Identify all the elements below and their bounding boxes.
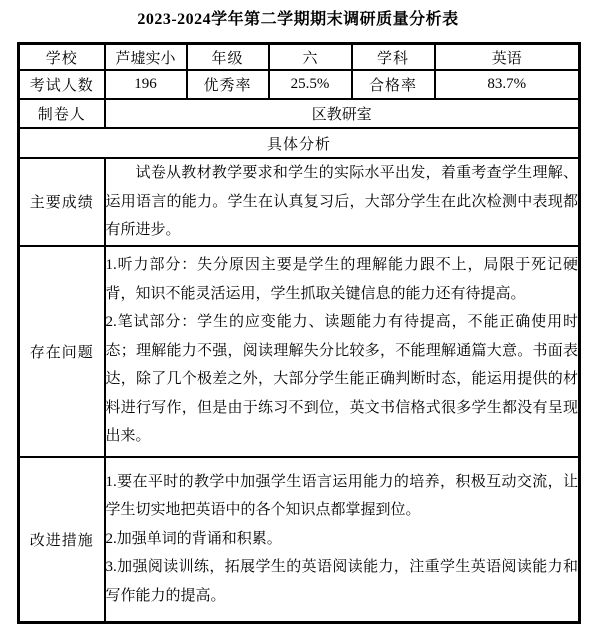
table-row: 制卷人 区教研室: [19, 99, 580, 128]
document-page: 2023-2024学年第二学期期末调研质量分析表 学校 芦墟实小 年级 六 学科…: [0, 0, 596, 627]
measures-paragraph-1: 1.要在平时的教学中加强学生语言运用能力的培养，积极互动交流，让学生切实地把英语…: [106, 468, 579, 525]
school-value: 芦墟实小: [105, 44, 187, 71]
examinees-value: 196: [105, 70, 187, 99]
subject-label: 学科: [352, 44, 435, 71]
page-title: 2023-2024学年第二学期期末调研质量分析表: [0, 0, 596, 29]
measures-label: 改进措施: [19, 457, 105, 623]
analysis-table: 学校 芦墟实小 年级 六 学科 英语 考试人数 196 优秀率 25.5% 合格…: [17, 42, 581, 624]
table-row: 具体分析: [19, 128, 580, 158]
achievements-paragraph: 试卷从教材教学要求和学生的实际水平出发，着重考查学生理解、运用语言的能力。学生在…: [106, 159, 579, 245]
problems-paragraph-1: 1.听力部分：失分原因主要是学生的理解能力跟不上，局限于死记硬背，知识不能灵活运…: [106, 251, 579, 308]
pass-rate-value: 83.7%: [435, 70, 580, 99]
grade-label: 年级: [187, 44, 269, 71]
table-row: 考试人数 196 优秀率 25.5% 合格率 83.7%: [19, 70, 580, 99]
problems-content: 1.听力部分：失分原因主要是学生的理解能力跟不上，局限于死记硬背，知识不能灵活运…: [105, 246, 580, 457]
paper-maker-label: 制卷人: [19, 99, 105, 128]
pass-rate-label: 合格率: [352, 70, 435, 99]
grade-value: 六: [269, 44, 352, 71]
table-row: 存在问题 1.听力部分：失分原因主要是学生的理解能力跟不上，局限于死记硬背，知识…: [19, 246, 580, 457]
achievements-label: 主要成绩: [19, 158, 105, 246]
excellent-rate-value: 25.5%: [269, 70, 352, 99]
measures-content: 1.要在平时的教学中加强学生语言运用能力的培养，积极互动交流，让学生切实地把英语…: [105, 457, 580, 623]
problems-paragraph-2: 2.笔试部分：学生的应变能力、读题能力有待提高，不能正确使用时态；理解能力不强，…: [106, 308, 579, 451]
measures-paragraph-2: 2.加强单词的背诵和积累。: [106, 525, 579, 554]
measures-paragraph-3: 3.加强阅读训练，拓展学生的英语阅读能力，注重学生英语阅读能力和写作能力的提高。: [106, 553, 579, 610]
examinees-label: 考试人数: [19, 70, 105, 99]
paper-maker-value: 区教研室: [105, 99, 580, 128]
table-row: 主要成绩 试卷从教材教学要求和学生的实际水平出发，着重考查学生理解、运用语言的能…: [19, 158, 580, 246]
excellent-rate-label: 优秀率: [187, 70, 269, 99]
table-row: 学校 芦墟实小 年级 六 学科 英语: [19, 44, 580, 71]
school-label: 学校: [19, 44, 105, 71]
subject-value: 英语: [435, 44, 580, 71]
table-row: 改进措施 1.要在平时的教学中加强学生语言运用能力的培养，积极互动交流，让学生切…: [19, 457, 580, 623]
problems-label: 存在问题: [19, 246, 105, 457]
achievements-content: 试卷从教材教学要求和学生的实际水平出发，着重考查学生理解、运用语言的能力。学生在…: [105, 158, 580, 246]
section-header: 具体分析: [19, 128, 580, 158]
